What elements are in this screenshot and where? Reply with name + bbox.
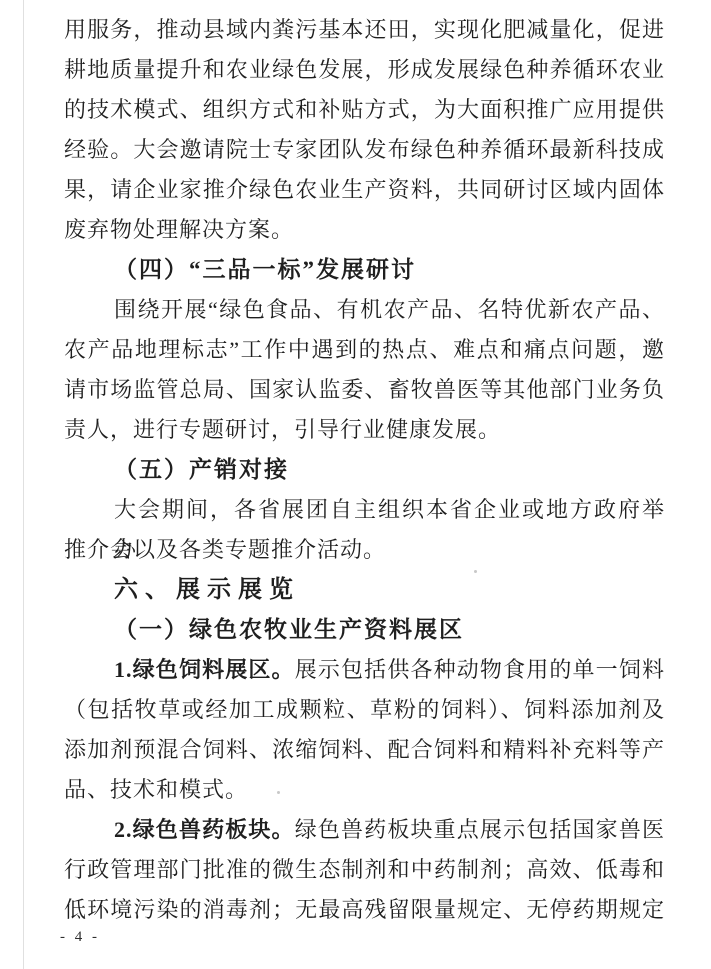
run-regular: 绿色兽药板块重点展示包括国家兽医	[295, 817, 665, 842]
text-line: 的技术模式、组织方式和补贴方式，为大面积推广应用提供	[64, 90, 665, 130]
document-page: 用服务，推动县域内粪污基本还田，实现化肥减量化，促进 耕地质量提升和农业绿色发展…	[0, 0, 711, 969]
text-line: 围绕开展“绿色食品、有机农产品、名特优新农产品、	[64, 290, 665, 330]
text-line: 推介会以及各类专题推介活动。	[64, 530, 665, 570]
text-line: 经验。大会邀请院士专家团队发布绿色种养循环最新科技成	[64, 130, 665, 170]
text-line: 添加剂预混合饲料、浓缩饲料、配合饲料和精料补充料等产	[64, 730, 665, 770]
text-line: 1.绿色饲料展区。展示包括供各种动物食用的单一饲料	[64, 650, 665, 690]
chapter-heading-6: 六、展示展览	[64, 570, 665, 610]
text-line: 行政管理部门批准的微生态制剂和中药制剂；高效、低毒和	[64, 850, 665, 890]
run-in-label-1: 1.绿色饲料展区。	[114, 657, 295, 682]
page-body-text: 用服务，推动县域内粪污基本还田，实现化肥减量化，促进 耕地质量提升和农业绿色发展…	[64, 10, 665, 930]
text-line: 耕地质量提升和农业绿色发展，形成发展绿色种养循环农业	[64, 50, 665, 90]
run-in-label-2: 2.绿色兽药板块。	[114, 817, 295, 842]
run-regular: 展示包括供各种动物食用的单一饲料	[295, 657, 665, 682]
section-heading-4: （四）“三品一标”发展研讨	[64, 250, 665, 290]
scan-artifact-line	[23, 0, 24, 969]
text-line: 责人，进行专题研讨，引导行业健康发展。	[64, 410, 665, 450]
text-line: 农产品地理标志”工作中遇到的热点、难点和痛点问题，邀	[64, 330, 665, 370]
text-line: 2.绿色兽药板块。绿色兽药板块重点展示包括国家兽医	[64, 810, 665, 850]
text-line: 请市场监管总局、国家认监委、畜牧兽医等其他部门业务负	[64, 370, 665, 410]
text-line: 用服务，推动县域内粪污基本还田，实现化肥减量化，促进	[64, 10, 665, 50]
section-heading-5: （五）产销对接	[64, 450, 665, 490]
text-line: （包括牧草或经加工成颗粒、草粉的饲料）、饲料添加剂及	[64, 690, 665, 730]
text-line: 果，请企业家推介绿色农业生产资料，共同研讨区域内固体	[64, 170, 665, 210]
text-line: 废弃物处理解决方案。	[64, 210, 665, 250]
text-line: 品、技术和模式。	[64, 770, 665, 810]
text-line: 大会期间，各省展团自主组织本省企业或地方政府举办	[64, 490, 665, 530]
text-line: 低环境污染的消毒剂；无最高残留限量规定、无停药期规定	[64, 890, 665, 930]
page-number: - 4 -	[60, 929, 100, 946]
subsection-heading-1: （一）绿色农牧业生产资料展区	[64, 610, 665, 650]
